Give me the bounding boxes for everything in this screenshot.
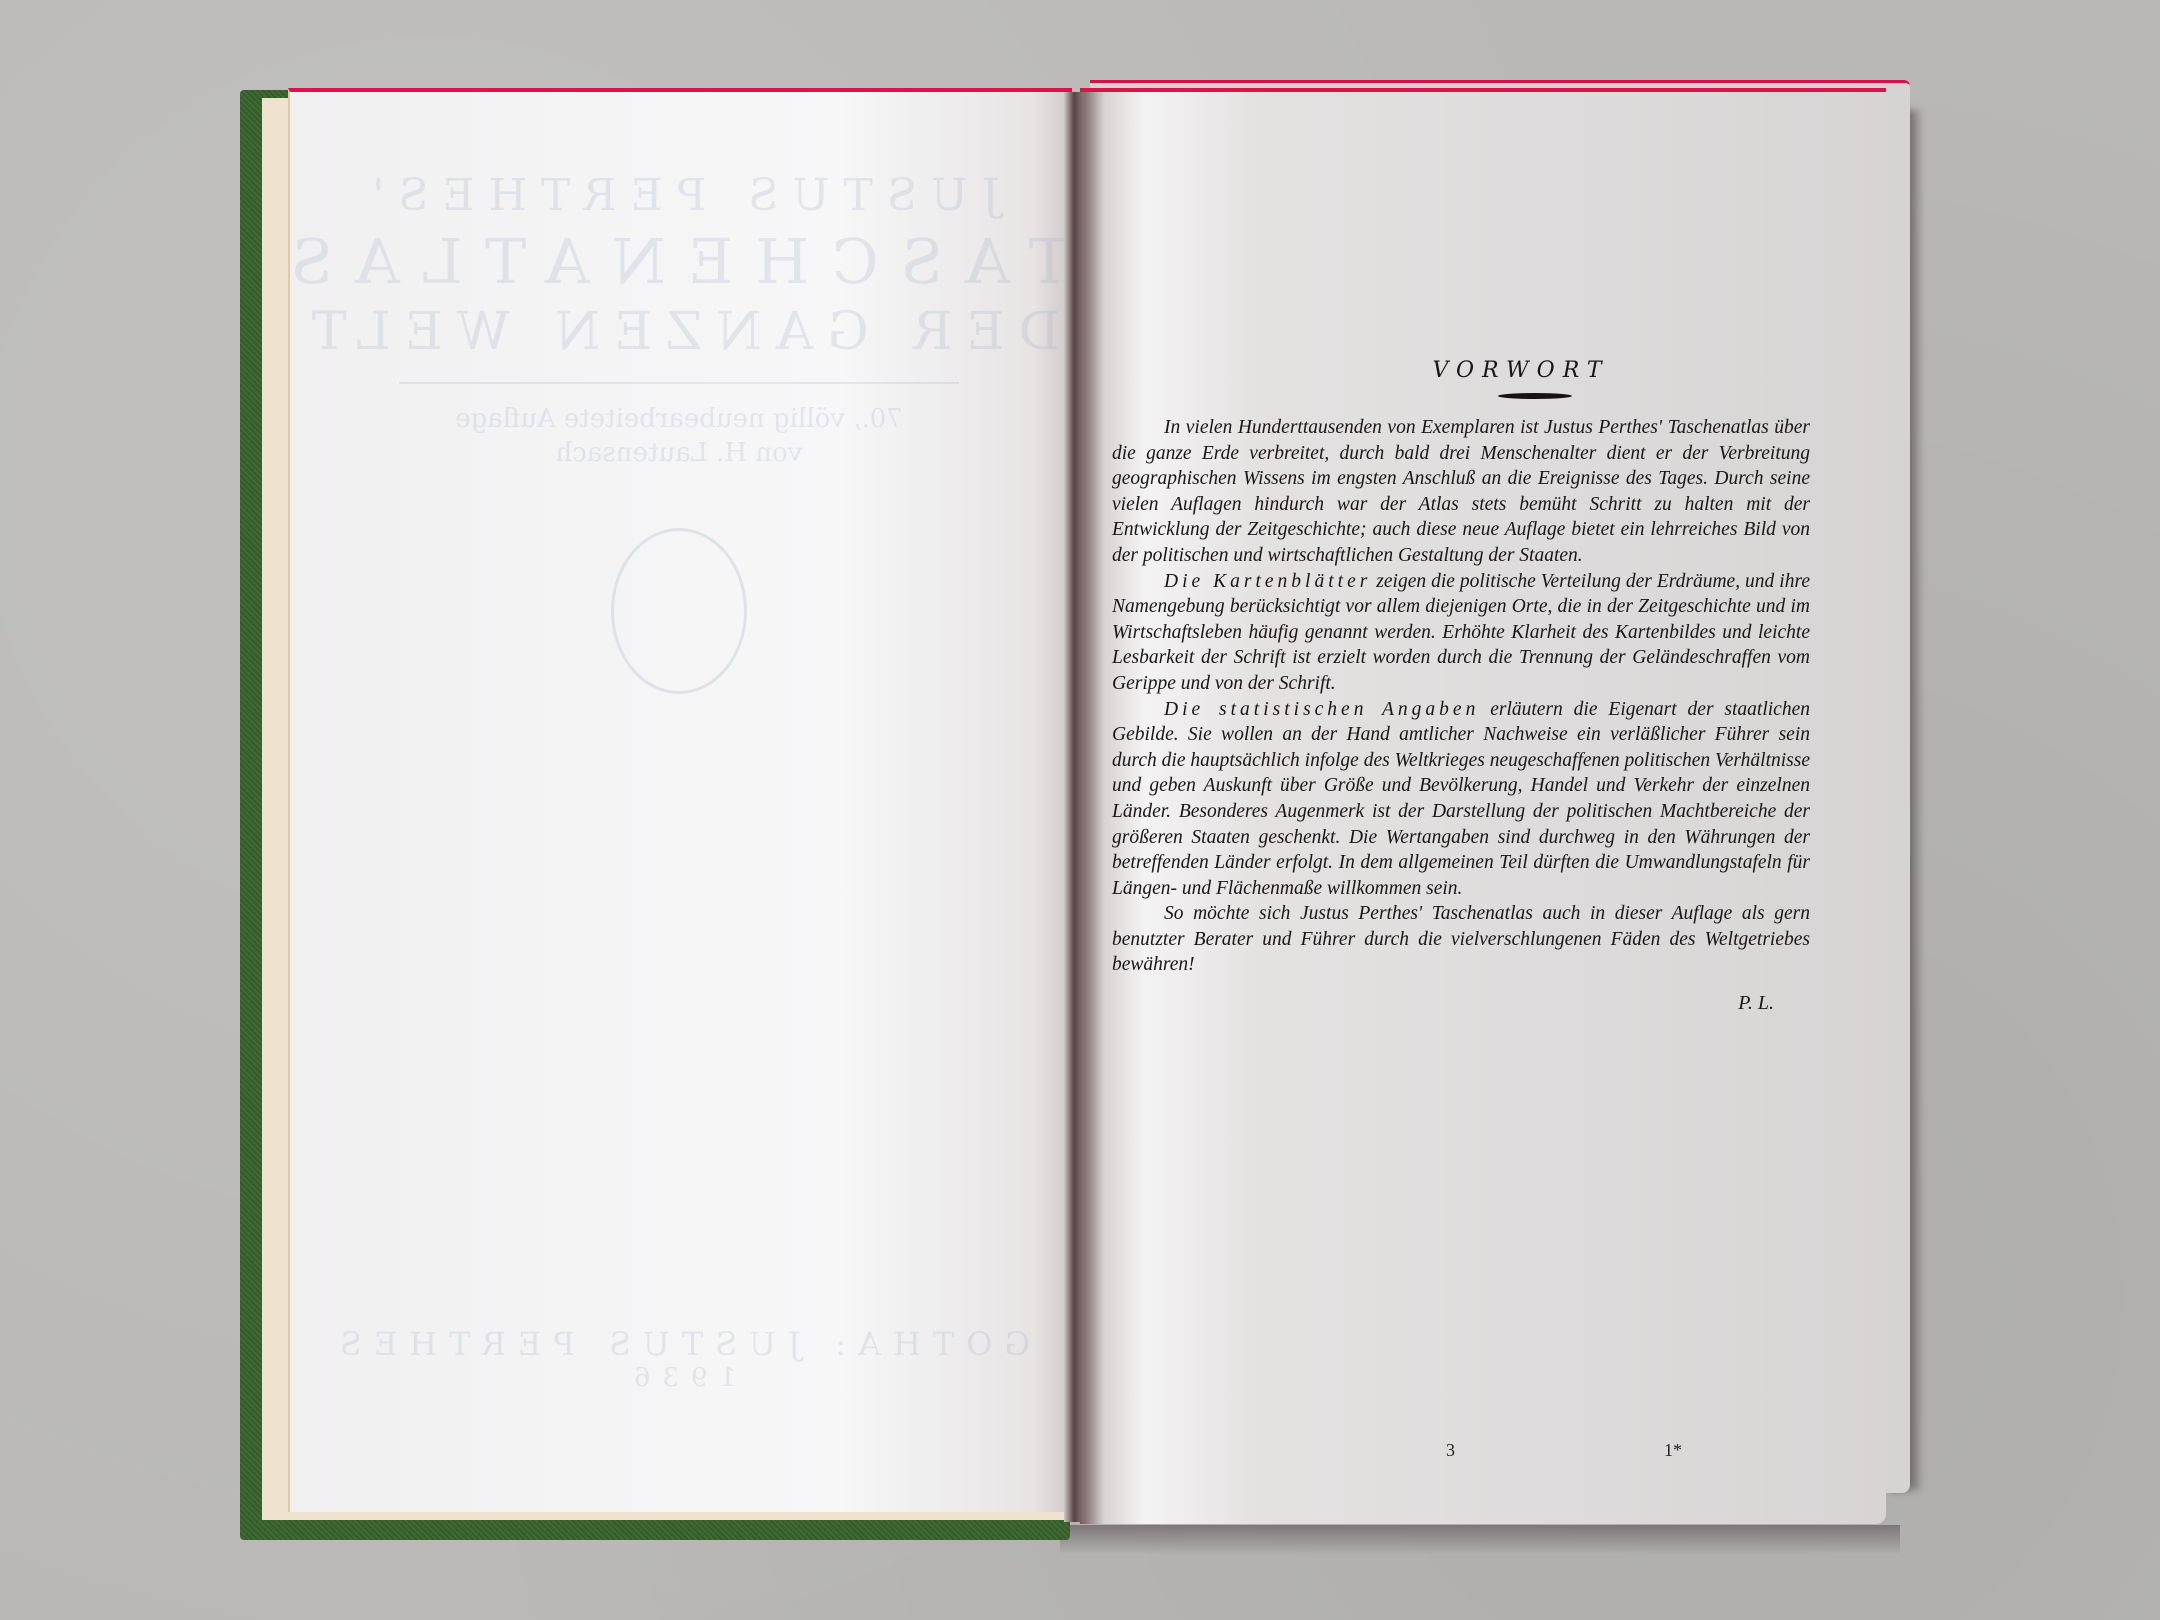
book-gutter: [1064, 92, 1084, 1522]
foreword-paragraph-2: Die Kartenblätter zeigen die politische …: [1112, 569, 1810, 697]
left-page-showthrough: JUSTUS PERTHES' TASCHENATLAS DER GANZEN …: [288, 160, 1070, 694]
book-shadow-bottom: [1060, 1525, 1900, 1555]
foreword-paragraph-4: So möchte sich Justus Perthes' Taschenat…: [1112, 901, 1810, 978]
heading-ornament-rule: [1498, 393, 1572, 399]
page-number: 3: [1446, 1440, 1455, 1461]
open-book: JUSTUS PERTHES' TASCHENATLAS DER GANZEN …: [0, 0, 2160, 1620]
paragraph-text: erläutern die Eigenart der staatlichen G…: [1112, 699, 1810, 899]
foreword-paragraph-3: Die statistischen Angaben erläutern die …: [1112, 697, 1810, 902]
showthrough-rule: [399, 382, 959, 384]
showthrough-title-line3: DER GANZEN WELT: [288, 302, 1070, 362]
foreword-signature: P. L.: [1112, 992, 1810, 1015]
paragraph-text: In vielen Hunderttausenden von Exemplare…: [1112, 417, 1810, 566]
paragraph-text: So möchte sich Justus Perthes' Taschenat…: [1112, 903, 1810, 975]
foreword: VORWORT In vielen Hunderttausenden von E…: [1112, 358, 1810, 1015]
showthrough-year: 1936: [288, 1363, 1070, 1393]
foreword-paragraph-1: In vielen Hunderttausenden von Exemplare…: [1112, 415, 1810, 569]
showthrough-title-line2: TASCHENATLAS: [288, 225, 1070, 298]
showthrough-publisher: GOTHA: JUSTUS PERTHES: [288, 1325, 1070, 1363]
showthrough-title-line1: JUSTUS PERTHES': [288, 170, 1070, 221]
paragraph-lead: Die Kartenblätter: [1164, 571, 1371, 592]
showthrough-subtitle-2: von H. Lautensach: [288, 438, 1070, 468]
paragraph-lead: Die statistischen Angaben: [1164, 699, 1479, 720]
publisher-emblem-icon: [611, 528, 747, 694]
foreword-heading: VORWORT: [1112, 358, 1810, 383]
signature-mark: 1*: [1664, 1440, 1682, 1461]
showthrough-subtitle-1: 70., völlig neubearbeitete Auflage: [288, 404, 1070, 434]
showthrough-imprint: GOTHA: JUSTUS PERTHES 1936: [288, 1325, 1070, 1393]
